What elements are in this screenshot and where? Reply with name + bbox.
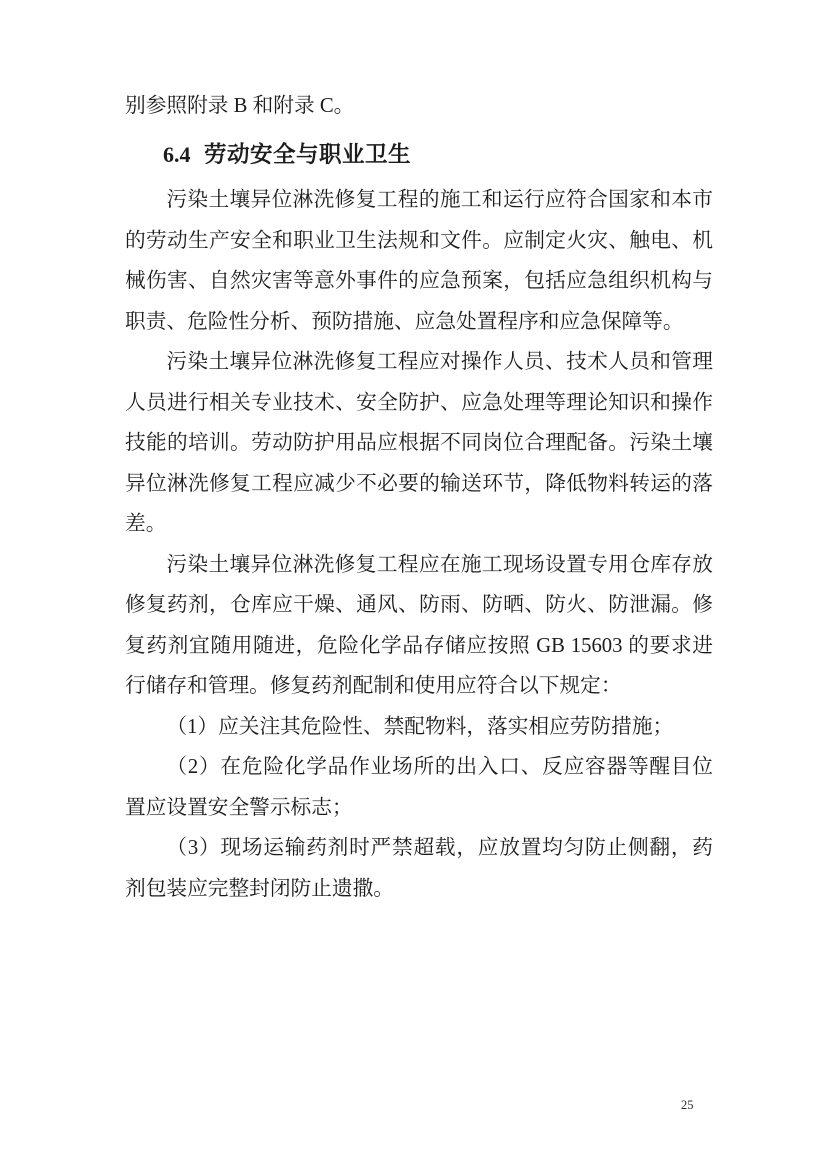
paragraph: 污染土壤异位淋洗修复工程的施工和运行应符合国家和本市 的劳动生产安全和职业卫生法… bbox=[125, 180, 713, 342]
list-item-1: （1）应关注其危险性、禁配物料，落实相应劳防措施； bbox=[125, 707, 713, 748]
paragraph-line: 技能的培训。劳动防护用品应根据不同岗位合理配备。污染土壤 bbox=[125, 423, 713, 464]
paragraph-line: 的劳动生产安全和职业卫生法规和文件。应制定火灾、触电、机 bbox=[125, 221, 713, 262]
paragraph-line: （2）在危险化学品作业场所的出入口、反应容器等醒目位 bbox=[125, 747, 713, 788]
paragraph-line: 职责、危险性分析、预防措施、应急处置程序和应急保障等。 bbox=[125, 302, 713, 343]
paragraph: 污染土壤异位淋洗修复工程应在施工现场设置专用仓库存放 修复药剂，仓库应干燥、通风… bbox=[125, 545, 713, 707]
list-item-2: （2）在危险化学品作业场所的出入口、反应容器等醒目位 置应设置安全警示标志； bbox=[125, 747, 713, 828]
paragraph-line: 复药剂宜随用随进，危险化学品存储应按照 GB 15603 的要求进 bbox=[125, 626, 713, 667]
paragraph-line: （3）现场运输药剂时严禁超载，应放置均匀防止侧翻，药 bbox=[125, 828, 713, 869]
paragraph-line: 污染土壤异位淋洗修复工程的施工和运行应符合国家和本市 bbox=[125, 180, 713, 221]
section-heading-number: 6.4 bbox=[163, 142, 191, 167]
paragraph-line: 行储存和管理。修复药剂配制和使用应符合以下规定： bbox=[125, 666, 713, 707]
paragraph-line: 污染土壤异位淋洗修复工程应在施工现场设置专用仓库存放 bbox=[125, 545, 713, 586]
paragraph-line: 污染土壤异位淋洗修复工程应对操作人员、技术人员和管理 bbox=[125, 342, 713, 383]
paragraph-line: 械伤害、自然灾害等意外事件的应急预案，包括应急组织机构与 bbox=[125, 261, 713, 302]
paragraph-line: （1）应关注其危险性、禁配物料，落实相应劳防措施； bbox=[125, 707, 713, 748]
paragraph-line: 置应设置安全警示标志； bbox=[125, 788, 713, 829]
list-item-3: （3）现场运输药剂时严禁超载，应放置均匀防止侧翻，药 剂包装应完整封闭防止遗撒。 bbox=[125, 828, 713, 909]
section-heading-title: 劳动安全与职业卫生 bbox=[204, 142, 411, 167]
paragraph-line: 修复药剂，仓库应干燥、通风、防雨、防晒、防火、防泄漏。修 bbox=[125, 585, 713, 626]
heading-space bbox=[195, 142, 201, 167]
paragraph-line: 差。 bbox=[125, 504, 713, 545]
paragraph-line: 人员进行相关专业技术、安全防护、应急处理等理论知识和操作 bbox=[125, 383, 713, 424]
page-number: 25 bbox=[681, 1098, 694, 1113]
document-page: 别参照附录 B 和附录 C。 6.4 劳动安全与职业卫生 污染土壤异位淋洗修复工… bbox=[0, 0, 826, 1169]
paragraph-continuation-line: 别参照附录 B 和附录 C。 bbox=[125, 86, 713, 127]
page-body-text: 别参照附录 B 和附录 C。 6.4 劳动安全与职业卫生 污染土壤异位淋洗修复工… bbox=[125, 86, 713, 909]
paragraph: 污染土壤异位淋洗修复工程应对操作人员、技术人员和管理 人员进行相关专业技术、安全… bbox=[125, 342, 713, 545]
paragraph-line: 剂包装应完整封闭防止遗撒。 bbox=[125, 869, 713, 910]
paragraph-line: 异位淋洗修复工程应减少不必要的输送环节，降低物料转运的落 bbox=[125, 464, 713, 505]
section-heading: 6.4 劳动安全与职业卫生 bbox=[125, 135, 713, 176]
